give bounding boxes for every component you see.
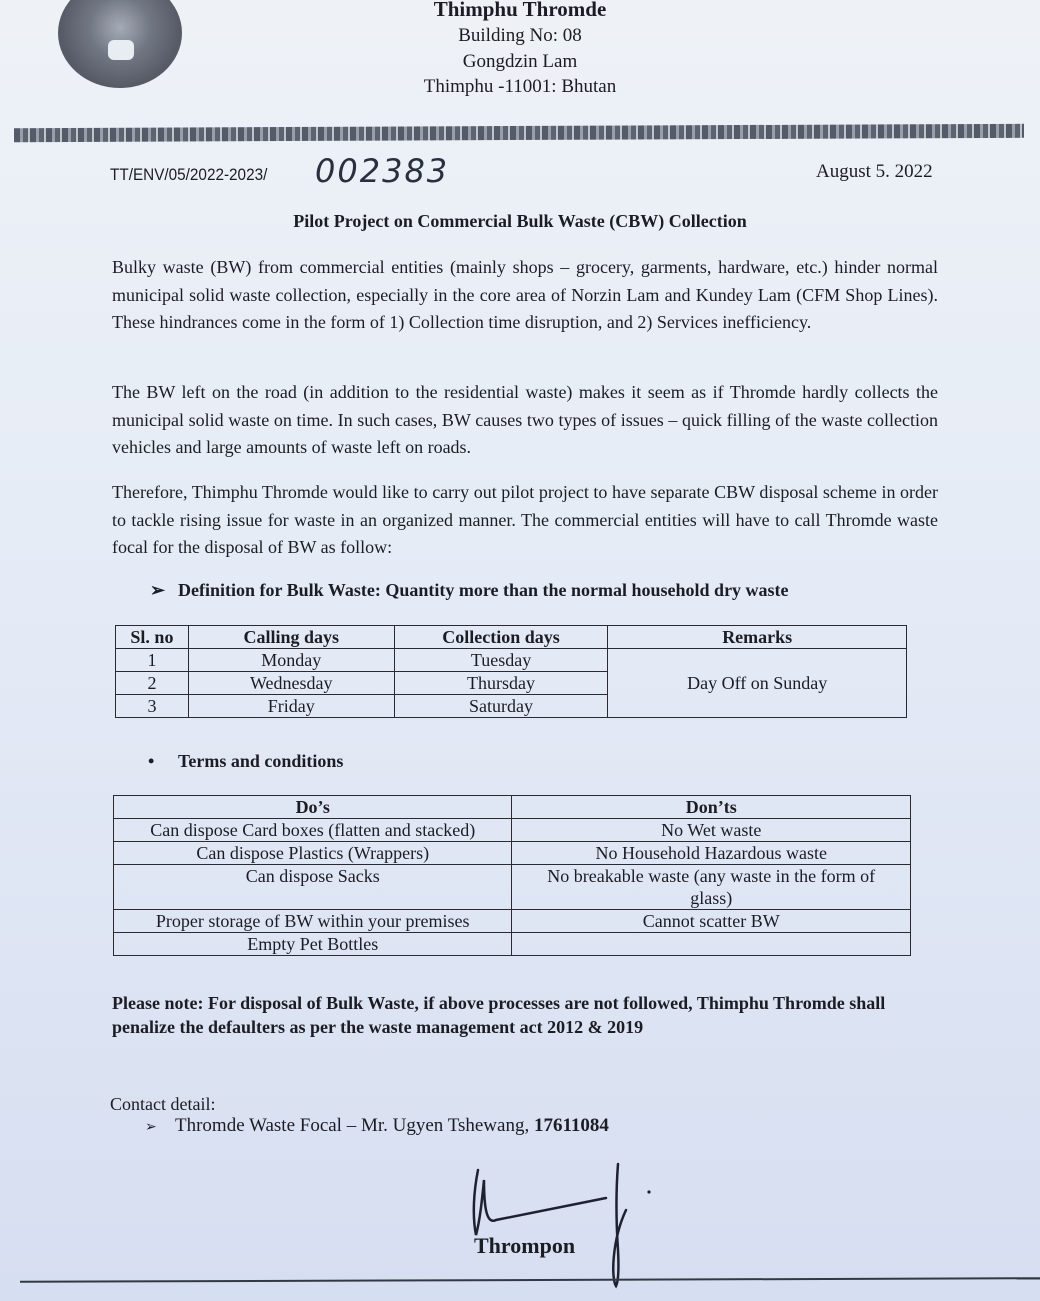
dont-item xyxy=(512,933,911,956)
header-calling-days: Calling days xyxy=(188,626,394,649)
definition-text: Definition for Bulk Waste: Quantity more… xyxy=(178,580,789,600)
paragraph: The BW left on the road (in addition to … xyxy=(112,379,938,462)
arrow-bullet-icon: ➢ xyxy=(145,1119,175,1136)
remarks-cell: Day Off on Sunday xyxy=(608,649,907,718)
do-item: Proper storage of BW within your premise… xyxy=(114,910,512,933)
table-row: Proper storage of BW within your premise… xyxy=(114,910,911,933)
reference-number-handwritten: 002383 xyxy=(315,152,449,190)
collection-day: Tuesday xyxy=(394,649,608,672)
signatory-title: Thrompon xyxy=(474,1233,575,1259)
do-item: Can dispose Card boxes (flatten and stac… xyxy=(114,819,512,842)
dont-item: Cannot scatter BW xyxy=(512,910,911,933)
address-line: Building No: 08 xyxy=(0,25,1040,47)
do-item: Can dispose Plastics (Wrappers) xyxy=(114,842,512,865)
contact-person: Thromde Waste Focal – Mr. Ugyen Tshewang… xyxy=(175,1115,534,1136)
terms-heading: •Terms and conditions xyxy=(148,751,343,772)
schedule-table: Sl. no Calling days Collection days Rema… xyxy=(115,625,907,718)
table-header-row: Sl. no Calling days Collection days Rema… xyxy=(116,626,907,649)
document-title: Pilot Project on Commercial Bulk Waste (… xyxy=(0,211,1040,232)
organization-name: Thimphu Thromde xyxy=(0,0,1040,22)
contact-phone: 17611084 xyxy=(534,1115,609,1136)
table-row: Can dispose Plastics (Wrappers) No House… xyxy=(114,842,911,865)
table-header-row: Do’s Don’ts xyxy=(114,796,911,819)
letter-date: August 5. 2022 xyxy=(816,161,933,183)
paragraph: Therefore, Thimphu Thromde would like to… xyxy=(112,479,938,562)
table-row: Can dispose Sacks No breakable waste (an… xyxy=(114,865,911,910)
header-sl-no: Sl. no xyxy=(116,626,189,649)
address-line: Gongdzin Lam xyxy=(0,51,1040,73)
sl-no: 2 xyxy=(116,672,189,695)
dont-item: No Household Hazardous waste xyxy=(512,842,911,865)
do-item: Can dispose Sacks xyxy=(114,865,512,910)
contact-line: ➢Thromde Waste Focal – Mr. Ugyen Tshewan… xyxy=(145,1115,609,1137)
header-collection-days: Collection days xyxy=(394,626,608,649)
sl-no: 1 xyxy=(116,649,189,672)
calling-day: Monday xyxy=(188,649,394,672)
penalty-note: Please note: For disposal of Bulk Waste,… xyxy=(112,991,932,1039)
table-row: Empty Pet Bottles xyxy=(114,933,911,956)
arrow-bullet-icon: ➢ xyxy=(150,580,178,601)
contact-label: Contact detail: xyxy=(110,1094,215,1115)
collection-day: Thursday xyxy=(394,672,608,695)
table-row: Can dispose Card boxes (flatten and stac… xyxy=(114,819,911,842)
dont-item: No breakable waste (any waste in the for… xyxy=(512,865,911,910)
letterhead-divider-band xyxy=(14,124,1024,142)
signature-icon xyxy=(466,1160,666,1290)
calling-day: Wednesday xyxy=(188,672,394,695)
dont-item: No Wet waste xyxy=(512,819,911,842)
do-item: Empty Pet Bottles xyxy=(114,933,512,956)
reference-prefix: TT/ENV/05/2022-2023/ xyxy=(110,165,267,185)
sl-no: 3 xyxy=(116,695,189,718)
header-dos: Do’s xyxy=(114,796,512,819)
paragraph: Bulky waste (BW) from commercial entitie… xyxy=(112,254,938,337)
dos-donts-table: Do’s Don’ts Can dispose Card boxes (flat… xyxy=(113,795,911,956)
collection-day: Saturday xyxy=(394,695,608,718)
terms-heading-text: Terms and conditions xyxy=(178,751,343,771)
bulk-waste-definition: ➢Definition for Bulk Waste: Quantity mor… xyxy=(150,580,789,601)
address-line: Thimphu -11001: Bhutan xyxy=(0,76,1040,98)
table-row: 1 Monday Tuesday Day Off on Sunday xyxy=(116,649,907,672)
dot-bullet-icon: • xyxy=(148,751,178,772)
calling-day: Friday xyxy=(188,695,394,718)
header-donts: Don’ts xyxy=(512,796,911,819)
header-remarks: Remarks xyxy=(608,626,907,649)
